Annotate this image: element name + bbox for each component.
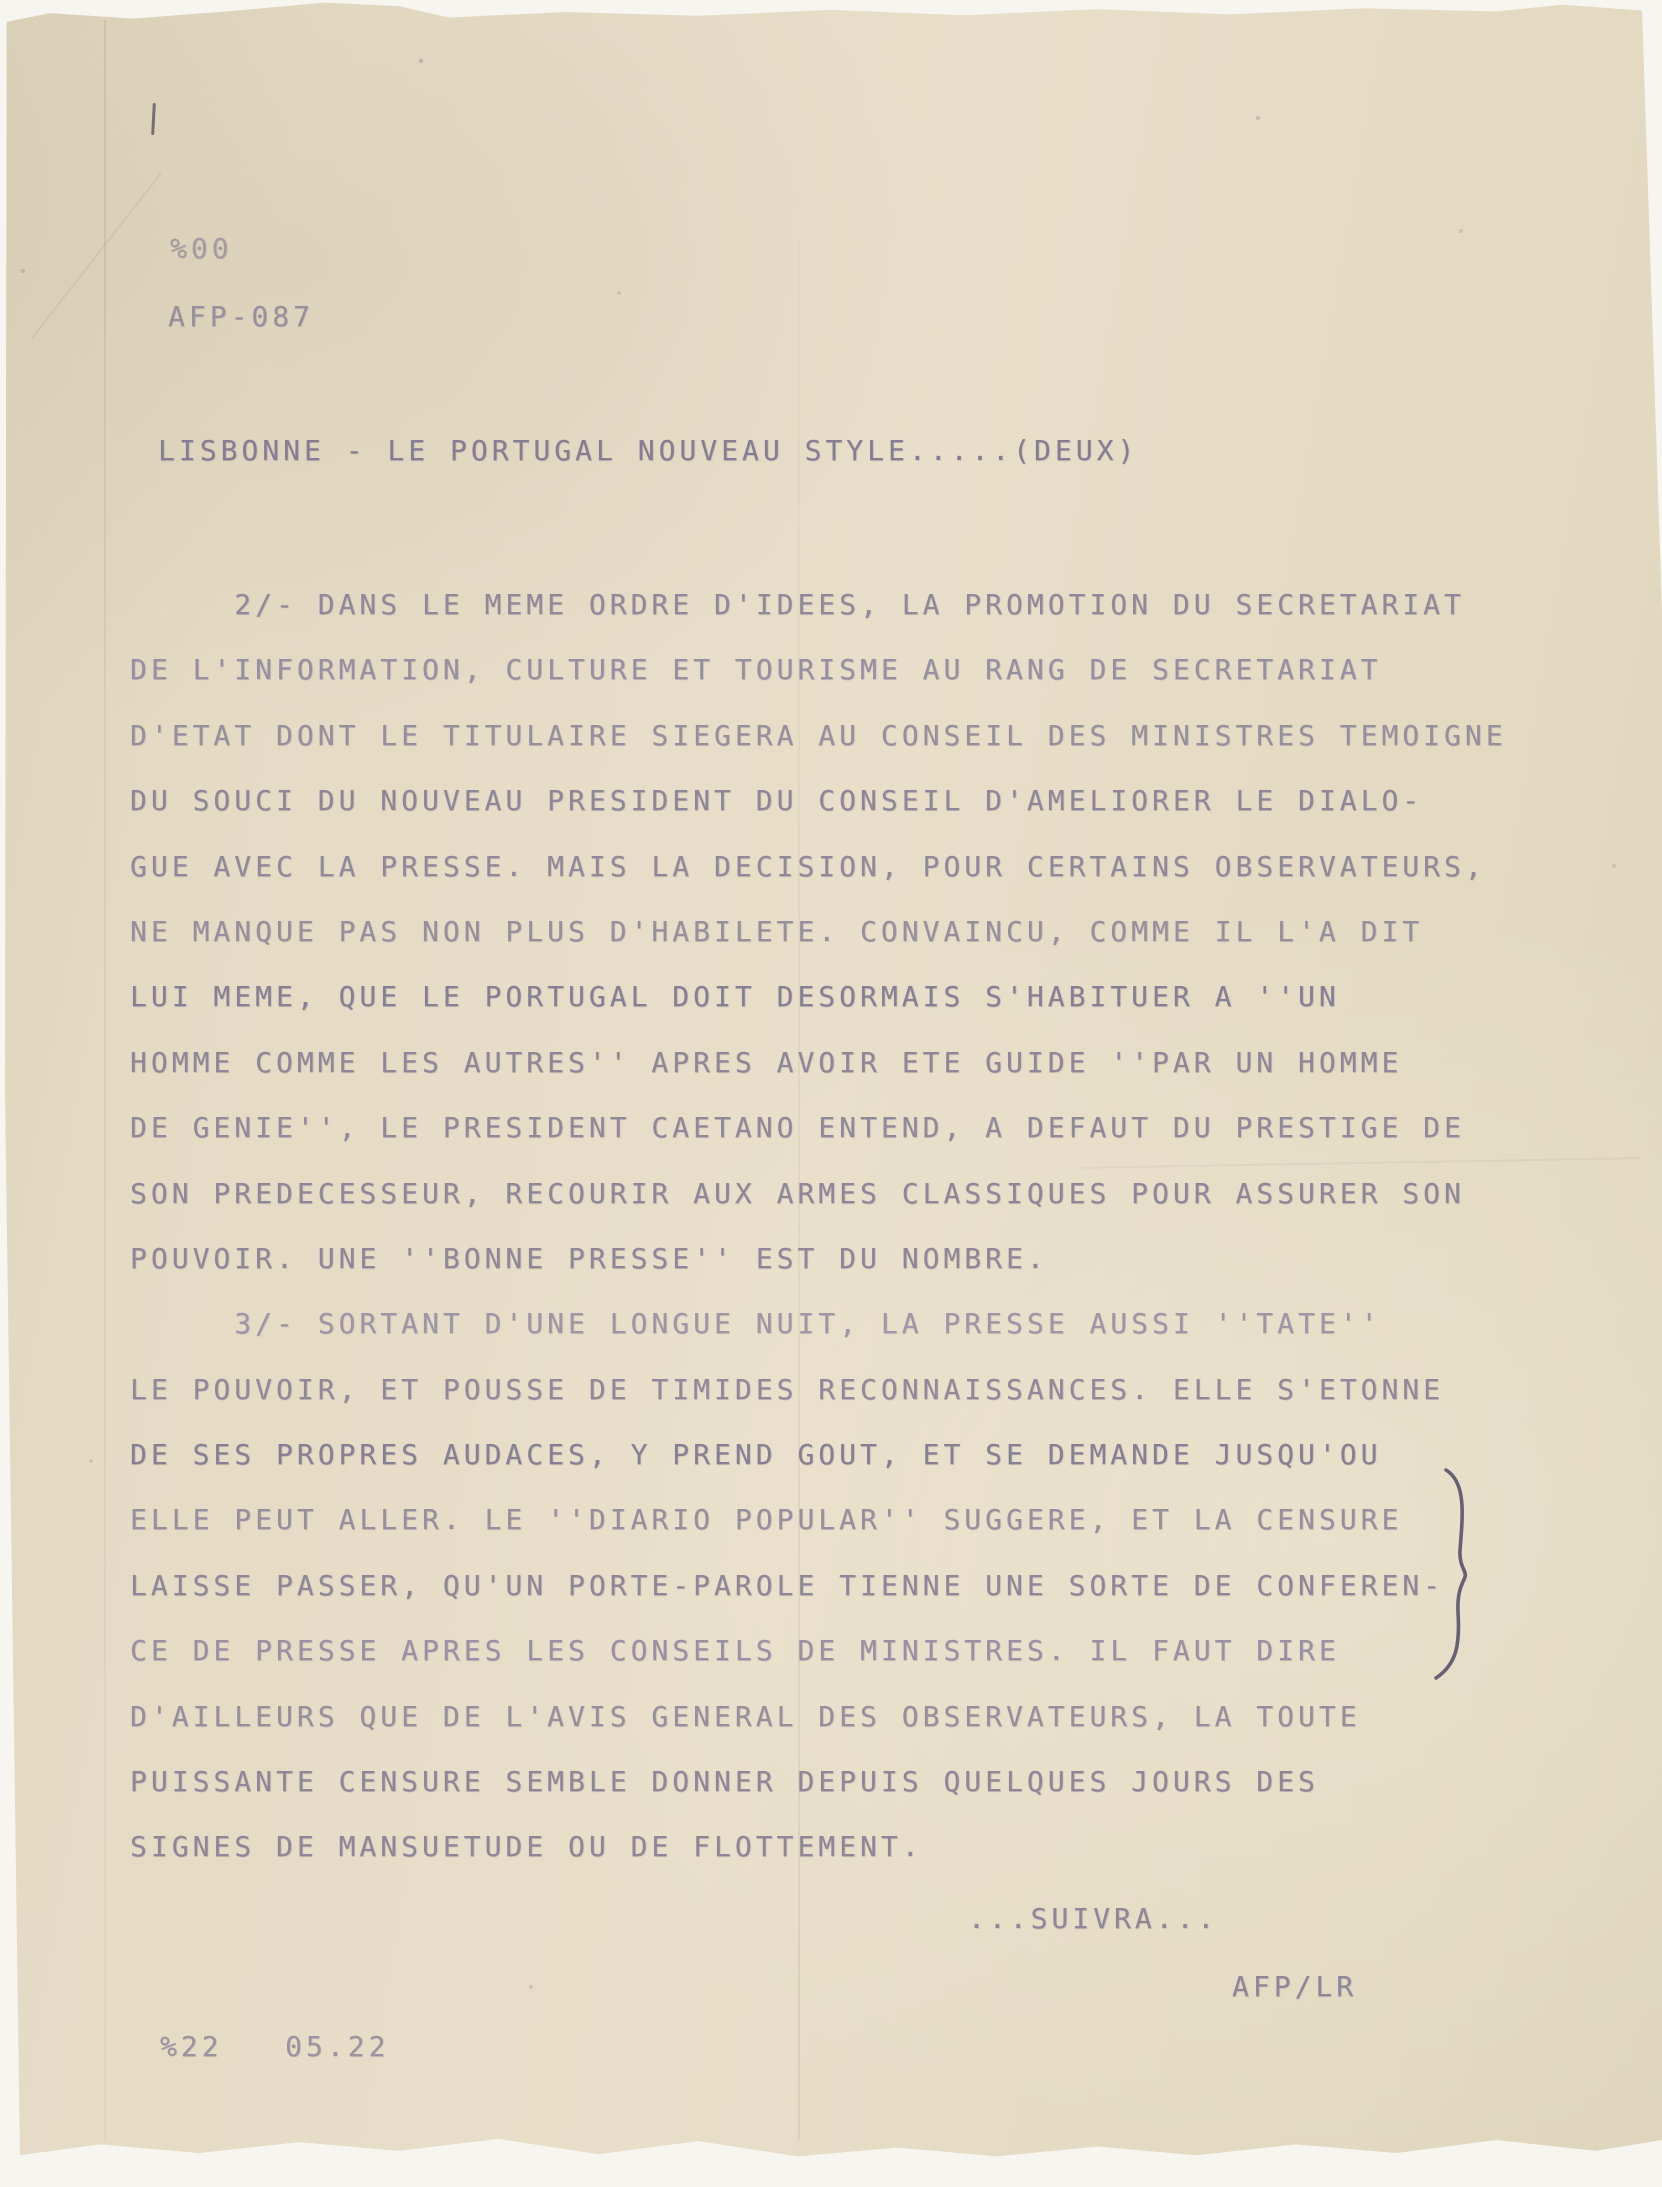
continuation-mark: ...SUIVRA... — [968, 1902, 1218, 1935]
typescript-line: HOMME COMME LES AUTRES'' APRES AVOIR ETE… — [130, 1030, 1590, 1095]
typescript-line: 3/- SORTANT D'UNE LONGUE NUIT, LA PRESSE… — [130, 1291, 1590, 1356]
typescript-line: D'ETAT DONT LE TITULAIRE SIEGERA AU CONS… — [130, 703, 1590, 768]
paper-specks — [0, 0, 2, 2]
typescript-line: PUISSANTE CENSURE SEMBLE DONNER DEPUIS Q… — [130, 1749, 1590, 1814]
typescript-line: 2/- DANS LE MEME ORDRE D'IDEES, LA PROMO… — [130, 572, 1590, 637]
sequence-slug: %00 — [170, 232, 233, 265]
typescript-line: SIGNES DE MANSUETUDE OU DE FLOTTEMENT. — [130, 1814, 1590, 1879]
typescript-line: LAISSE PASSER, QU'UN PORTE-PAROLE TIENNE… — [130, 1553, 1590, 1618]
typescript-line: GUE AVEC LA PRESSE. MAIS LA DECISION, PO… — [130, 834, 1590, 899]
typescript-line: DU SOUCI DU NOUVEAU PRESIDENT DU CONSEIL… — [130, 768, 1590, 833]
dispatch-title: LISBONNE - LE PORTUGAL NOUVEAU STYLE....… — [158, 434, 1138, 467]
dispatch-number: AFP-087 — [168, 300, 314, 333]
agency-credit: AFP/LR — [1232, 1970, 1357, 2003]
typescript-line: D'AILLEURS QUE DE L'AVIS GENERAL DES OBS… — [130, 1684, 1590, 1749]
typescript-line: DE SES PROPRES AUDACES, Y PREND GOUT, ET… — [130, 1422, 1590, 1487]
typescript-line: DE GENIE'', LE PRESIDENT CAETANO ENTEND,… — [130, 1095, 1590, 1160]
dispatch-body: 2/- DANS LE MEME ORDRE D'IDEES, LA PROMO… — [130, 572, 1590, 1880]
typescript-line: DE L'INFORMATION, CULTURE ET TOURISME AU… — [130, 637, 1590, 702]
typescript-line: SON PREDECESSEUR, RECOURIR AUX ARMES CLA… — [130, 1161, 1590, 1226]
telegram-paper-sheet: %00 AFP-087 LISBONNE - LE PORTUGAL NOUVE… — [0, 0, 1662, 2187]
typescript-line: CE DE PRESSE APRES LES CONSEILS DE MINIS… — [130, 1618, 1590, 1683]
typescript-line: LE POUVOIR, ET POUSSE DE TIMIDES RECONNA… — [130, 1357, 1590, 1422]
paper-crease-diagonal — [32, 172, 163, 339]
handwritten-brace-annotation — [1430, 1466, 1494, 1684]
typescript-line: ELLE PEUT ALLER. LE ''DIARIO POPULAR'' S… — [130, 1487, 1590, 1552]
typescript-line: NE MANQUE PAS NON PLUS D'HABILETE. CONVA… — [130, 899, 1590, 964]
paper-fold-line-left — [104, 20, 106, 2140]
footer-time-stamp: %22 05.22 — [160, 2030, 389, 2063]
typescript-line: POUVOIR. UNE ''BONNE PRESSE'' EST DU NOM… — [130, 1226, 1590, 1291]
typescript-line: LUI MEME, QUE LE PORTUGAL DOIT DESORMAIS… — [130, 964, 1590, 1029]
pen-tick-mark — [151, 103, 156, 135]
